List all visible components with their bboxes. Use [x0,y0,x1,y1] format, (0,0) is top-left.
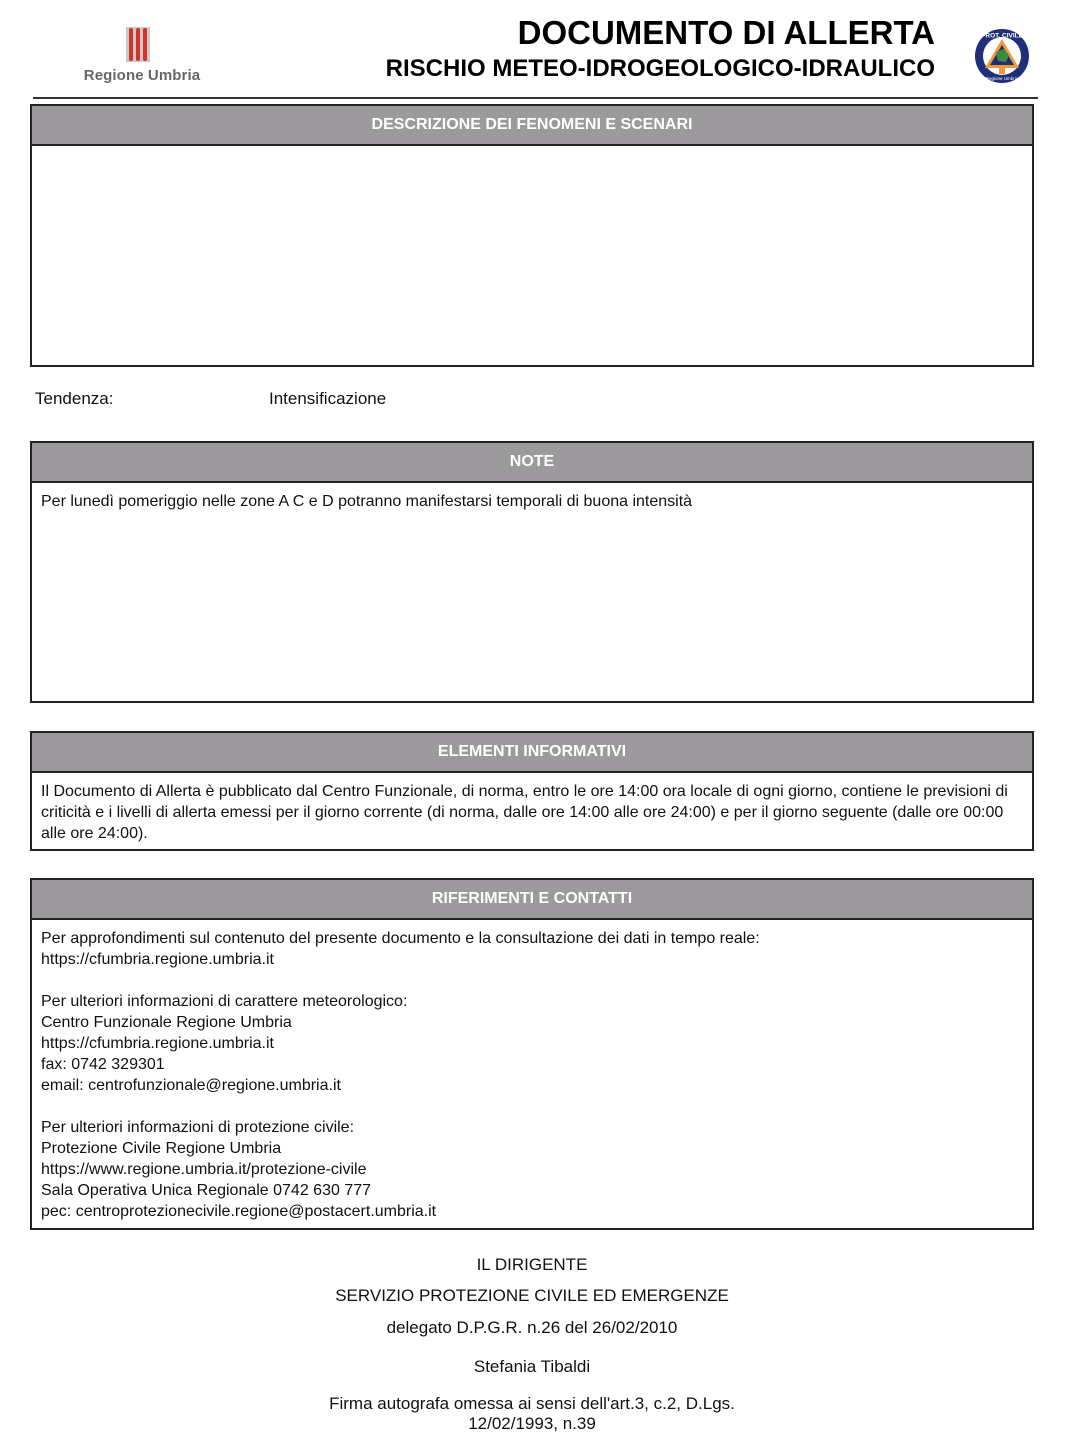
section-riferimenti-body: Per approfondimenti sul contenuto del pr… [32,920,1032,1251]
header-divider [33,97,1038,99]
contact-intro: Per ulteriori informazioni di protezione… [41,1117,1023,1138]
org-name: Regione Umbria [62,67,222,84]
protezione-civile-link[interactable]: https://www.regione.umbria.it/protezione… [41,1159,1023,1180]
contact-group-protezione-civile: Per ulteriori informazioni di protezione… [41,1117,1023,1222]
protezione-civile-emblem-icon: PROT. CIVILE Regione Umbria [974,28,1030,84]
contact-group-dati: Per approfondimenti sul contenuto del pr… [41,928,1023,970]
tendenza-label: Tendenza: [35,389,113,409]
contact-org: Centro Funzionale Regione Umbria [41,1012,1023,1033]
signature-role: IL DIRIGENTE [0,1255,1064,1275]
svg-text:PROT. CIVILE: PROT. CIVILE [981,33,1024,40]
section-riferimenti-contatti: RIFERIMENTI E CONTATTI Per approfondimen… [30,878,1034,1230]
protezione-civile-logo: PROT. CIVILE Regione Umbria [974,28,1030,84]
section-note-body: Per lunedì pomeriggio nelle zone A C e D… [32,483,1032,520]
regione-umbria-emblem-icon [126,27,150,62]
tendenza-value: Intensificazione [269,389,386,409]
document-title: DOCUMENTO DI ALLERTA [518,14,935,52]
signature-note-line2: 12/02/1993, n.39 [0,1414,1064,1434]
contact-email[interactable]: email: centrofunzionale@regione.umbria.i… [41,1075,1023,1096]
contact-fax: fax: 0742 329301 [41,1054,1023,1075]
signature-note-line1: Firma autografa omessa ai sensi dell'art… [0,1394,1064,1414]
section-elementi-informativi: ELEMENTI INFORMATIVI Il Documento di All… [30,731,1034,851]
section-note: NOTE Per lunedì pomeriggio nelle zone A … [30,441,1034,703]
section-descrizione-body [32,146,1032,162]
contact-phone: Sala Operativa Unica Regionale 0742 630 … [41,1180,1023,1201]
regione-umbria-logo: Regione Umbria [62,22,212,90]
contact-intro: Per ulteriori informazioni di carattere … [41,991,1023,1012]
section-riferimenti-title: RIFERIMENTI E CONTATTI [32,880,1032,920]
cfumbria-link[interactable]: https://cfumbria.regione.umbria.it [41,949,1023,970]
contact-group-meteo: Per ulteriori informazioni di carattere … [41,991,1023,1096]
cfumbria-link[interactable]: https://cfumbria.regione.umbria.it [41,1033,1023,1054]
svg-text:Regione Umbria: Regione Umbria [986,76,1019,81]
contact-org: Protezione Civile Regione Umbria [41,1138,1023,1159]
section-note-title: NOTE [32,443,1032,483]
section-descrizione: DESCRIZIONE DEI FENOMENI E SCENARI [30,104,1034,367]
signature-delegation: delegato D.P.G.R. n.26 del 26/02/2010 [0,1318,1064,1338]
contact-intro: Per approfondimenti sul contenuto del pr… [41,928,1023,949]
signature-service: SERVIZIO PROTEZIONE CIVILE ED EMERGENZE [0,1286,1064,1306]
document-subtitle: RISCHIO METEO-IDROGEOLOGICO-IDRAULICO [386,55,935,83]
contact-pec[interactable]: pec: centroprotezionecivile.regione@post… [41,1201,1023,1222]
section-elementi-body: Il Documento di Allerta è pubblicato dal… [32,773,1032,852]
section-elementi-title: ELEMENTI INFORMATIVI [32,733,1032,773]
section-descrizione-title: DESCRIZIONE DEI FENOMENI E SCENARI [32,106,1032,146]
signature-name: Stefania Tibaldi [0,1357,1064,1377]
